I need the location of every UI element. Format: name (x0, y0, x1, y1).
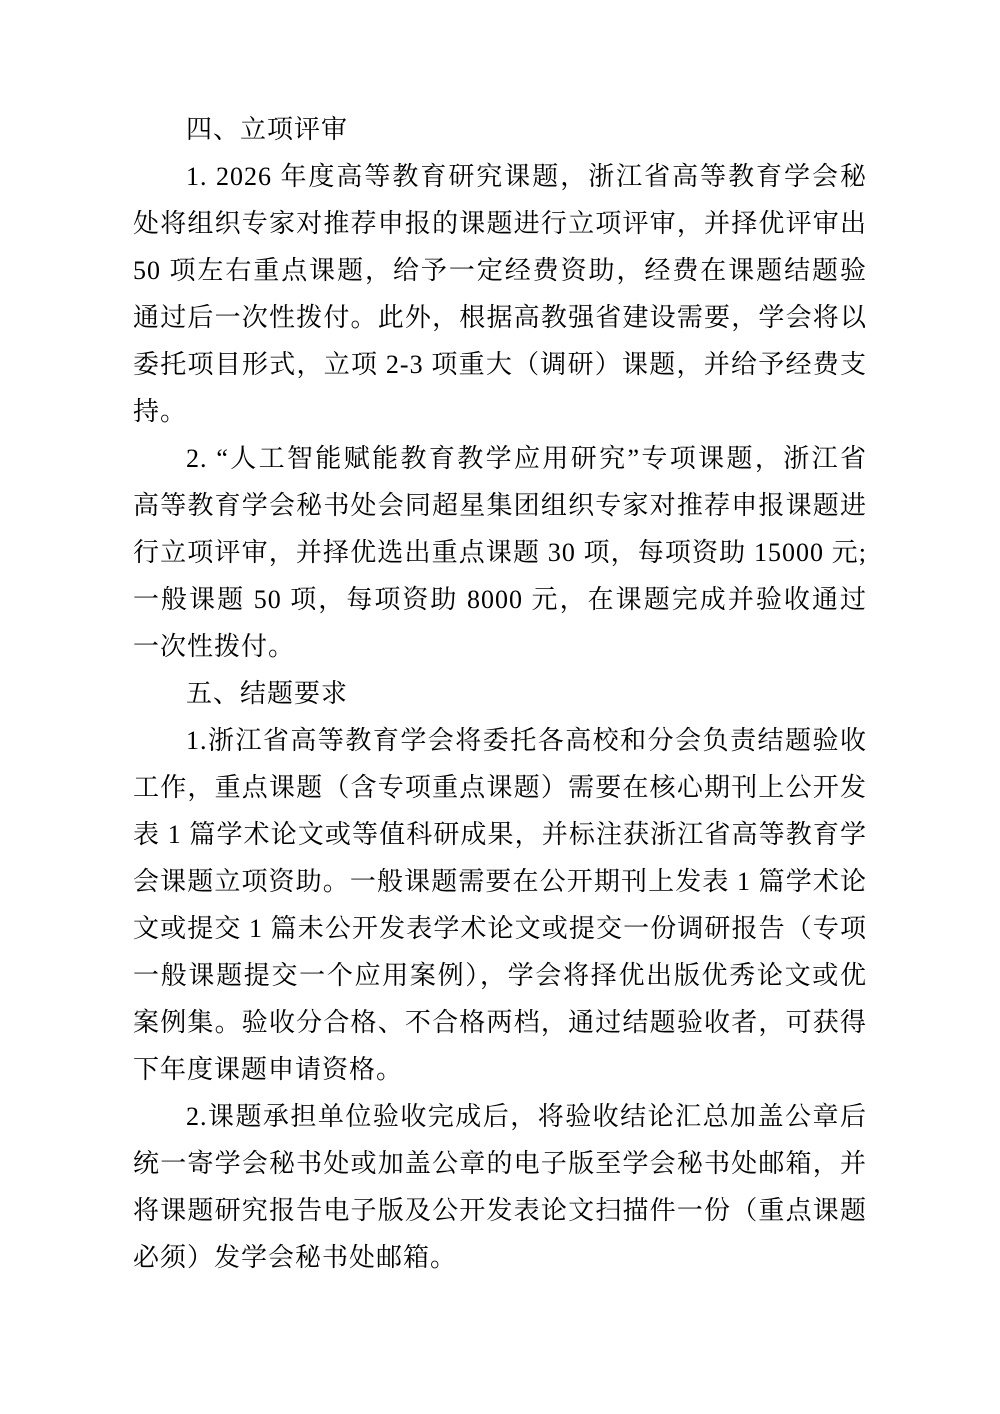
document-line: 行立项评审，并择优选出重点课题 30 项，每项资助 15000 元; (133, 529, 867, 576)
document-line: 1. 2026 年度高等教育研究课题，浙江省高等教育学会秘书 (133, 153, 867, 200)
document-line: 高等教育学会秘书处会同超星集团组织专家对推荐申报课题进 (133, 482, 867, 529)
section-heading: 四、立项评审 (133, 106, 867, 153)
document-line: 委托项目形式，立项 2-3 项重大（调研）课题，并给予经费支 (133, 341, 867, 388)
document-content: 四、立项评审1. 2026 年度高等教育研究课题，浙江省高等教育学会秘书处将组织… (133, 106, 867, 1281)
document-line: 将课题研究报告电子版及公开发表论文扫描件一份（重点课题 (133, 1187, 867, 1234)
document-line: 处将组织专家对推荐申报的课题进行立项评审，并择优评审出 (133, 200, 867, 247)
document-line: 统一寄学会秘书处或加盖公章的电子版至学会秘书处邮箱，并 (133, 1140, 867, 1187)
document-line: 工作，重点课题（含专项重点课题）需要在核心期刊上公开发 (133, 764, 867, 811)
document-line: 一般课题 50 项，每项资助 8000 元，在课题完成并验收通过后 (133, 576, 867, 623)
document-line: 50 项左右重点课题，给予一定经费资助，经费在课题结题验收 (133, 247, 867, 294)
document-line: 持。 (133, 388, 867, 435)
document-line: 表 1 篇学术论文或等值科研成果，并标注获浙江省高等教育学 (133, 811, 867, 858)
document-line: 2.课题承担单位验收完成后，将验收结论汇总加盖公章后 (133, 1093, 867, 1140)
document-line: 一般课题提交一个应用案例），学会将择优出版优秀论文或优秀 (133, 952, 867, 999)
document-line: 会课题立项资助。一般课题需要在公开期刊上发表 1 篇学术论 (133, 858, 867, 905)
document-line: 下年度课题申请资格。 (133, 1046, 867, 1093)
document-line: 1.浙江省高等教育学会将委托各高校和分会负责结题验收 (133, 717, 867, 764)
document-line: 2. “人工智能赋能教育教学应用研究”专项课题，浙江省 (133, 435, 867, 482)
document-line: 必须）发学会秘书处邮箱。 (133, 1234, 867, 1281)
document-line: 案例集。验收分合格、不合格两档，通过结题验收者，可获得 (133, 999, 867, 1046)
document-line: 通过后一次性拨付。此外，根据高教强省建设需要，学会将以 (133, 294, 867, 341)
document-page: 四、立项评审1. 2026 年度高等教育研究课题，浙江省高等教育学会秘书处将组织… (0, 0, 1000, 1414)
document-line: 一次性拨付。 (133, 623, 867, 670)
section-heading: 五、结题要求 (133, 670, 867, 717)
document-line: 文或提交 1 篇未公开发表学术论文或提交一份调研报告（专项 (133, 905, 867, 952)
